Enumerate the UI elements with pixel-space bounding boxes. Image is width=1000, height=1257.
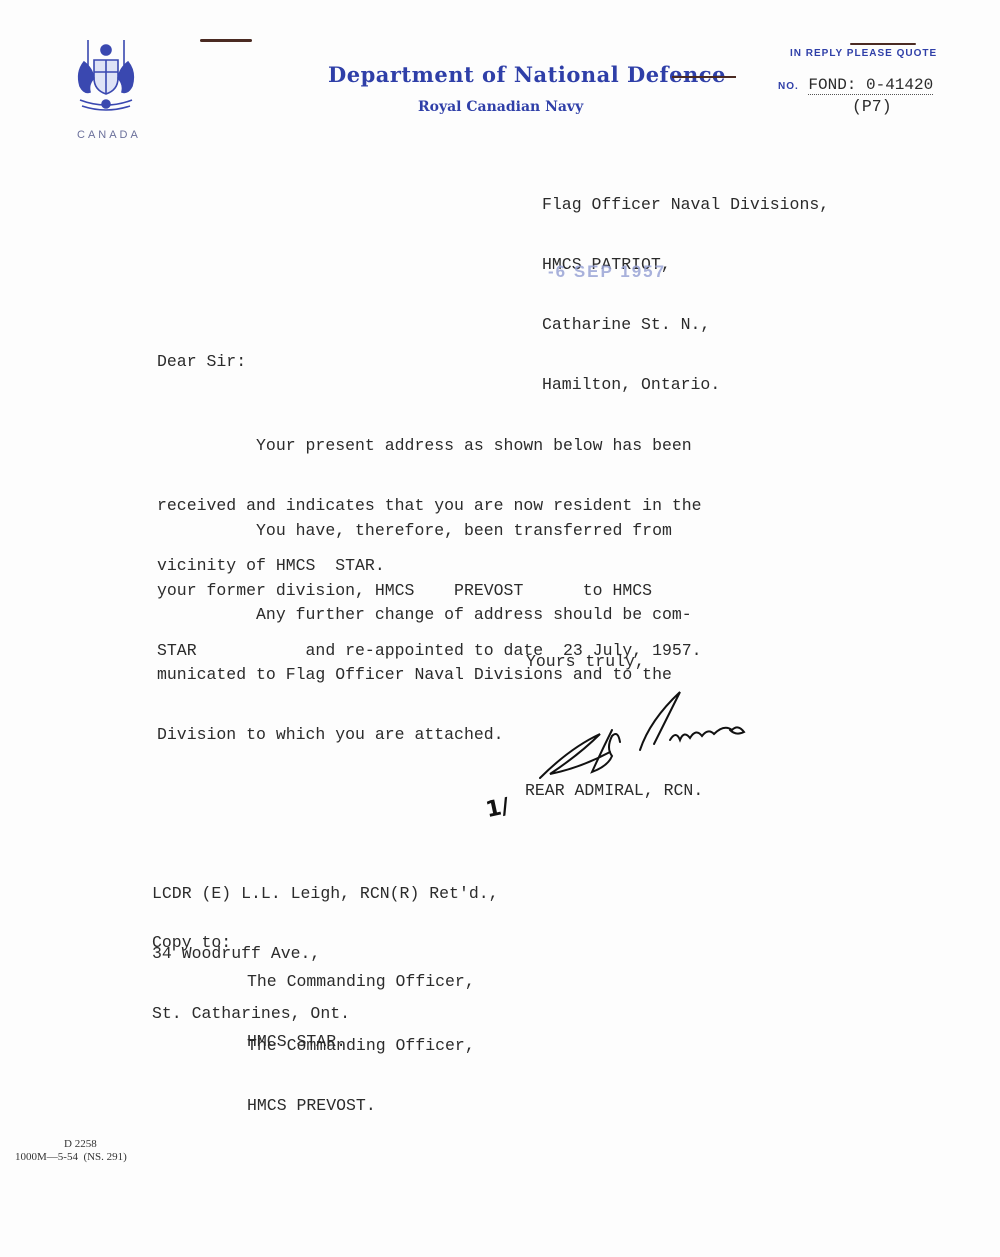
reply-sub: (P7)	[852, 97, 892, 116]
crest-caption: CANADA	[77, 129, 141, 141]
date-stamp: -6 SEP 1957	[548, 262, 666, 282]
strike-line	[672, 76, 736, 78]
address-line: Flag Officer Naval Divisions,	[542, 194, 829, 216]
copy-line: The Commanding Officer,	[247, 1035, 475, 1057]
address-line: Hamilton, Ontario.	[542, 374, 829, 396]
address-line: LCDR (E) L.L. Leigh, RCN(R) Ret'd.,	[152, 883, 499, 905]
reply-number: FOND: 0-41420	[808, 76, 933, 95]
coat-of-arms-icon	[66, 32, 146, 122]
canada-crest	[66, 32, 146, 122]
body-line: You have, therefore, been transferred fr…	[157, 520, 702, 542]
staple-mark-left	[200, 39, 252, 42]
reply-label: IN REPLY PLEASE QUOTE	[790, 48, 937, 59]
handwritten-signature-icon	[520, 690, 790, 790]
copy-to-label: Copy to:	[152, 933, 231, 952]
service-subheading: Royal Canadian Navy	[418, 99, 583, 115]
signature-title: REAR ADMIRAL, RCN.	[525, 781, 703, 800]
copy-to-entry-2: The Commanding Officer, HMCS PREVOST.	[247, 997, 475, 1136]
signature	[520, 690, 790, 790]
body-line: Your present address as shown below has …	[157, 435, 702, 457]
department-heading: Department of National Defence	[328, 62, 726, 87]
reply-no-label: NO.	[778, 81, 799, 92]
sender-address: Flag Officer Naval Divisions, HMCS PATRI…	[542, 156, 829, 415]
form-code-line-2: 1000M—5-54 (NS. 291)	[15, 1151, 127, 1163]
staple-mark-right	[850, 43, 916, 45]
address-line: Catharine St. N.,	[542, 314, 829, 336]
closing: Yours truly,	[526, 652, 645, 671]
body-line: Any further change of address should be …	[157, 604, 692, 626]
reply-reference: NO. FOND: 0-41420	[778, 76, 933, 94]
form-code-line-1: D 2258	[64, 1138, 97, 1150]
initials-mark: 1/	[484, 794, 512, 823]
copy-line: HMCS PREVOST.	[247, 1095, 475, 1117]
copy-line: The Commanding Officer,	[247, 971, 475, 993]
salutation: Dear Sir:	[157, 352, 246, 371]
